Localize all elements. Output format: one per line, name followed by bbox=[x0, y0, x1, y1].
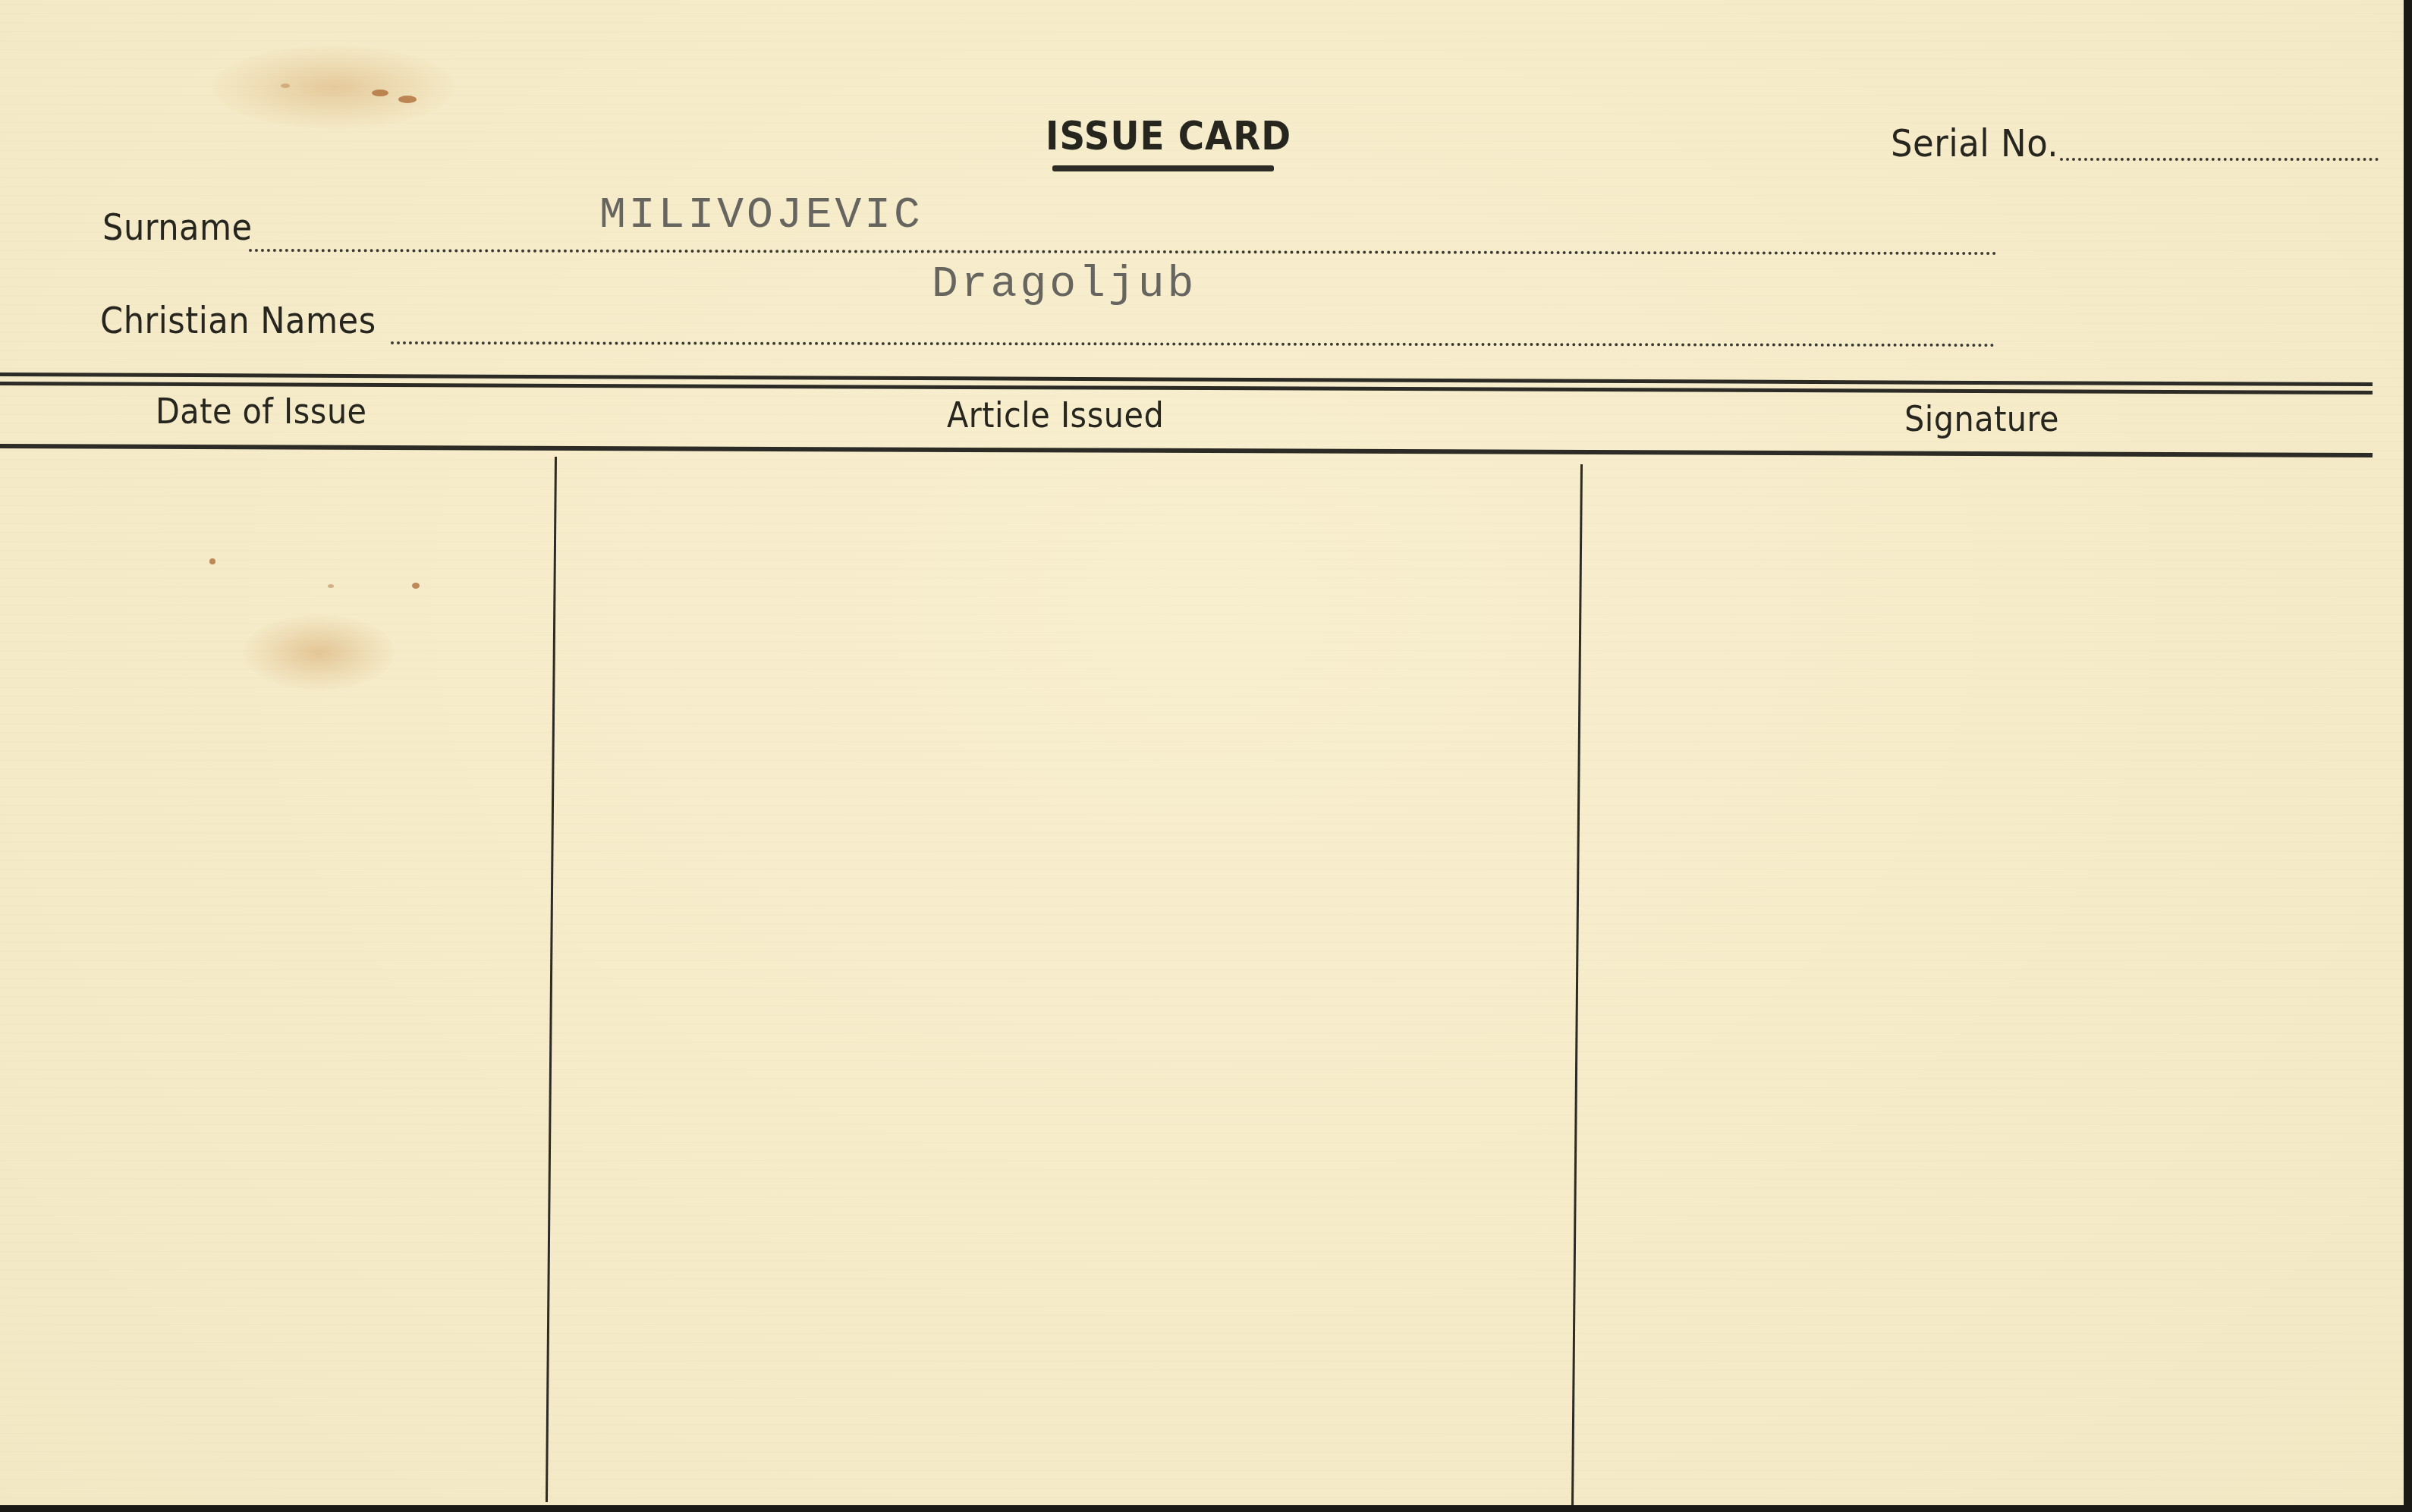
card-title: ISSUE CARD bbox=[1046, 114, 1291, 159]
surname-label: Surname bbox=[102, 206, 253, 249]
christian-names-field[interactable] bbox=[391, 341, 1995, 347]
christian-names-value: Dragoljub bbox=[932, 260, 1197, 310]
rust-spot bbox=[372, 90, 388, 96]
serial-no-field[interactable] bbox=[2060, 158, 2379, 161]
issue-card: ISSUE CARD Serial No. Surname MILIVOJEVI… bbox=[0, 0, 2404, 1505]
rust-stain-top bbox=[212, 46, 455, 129]
serial-no-label: Serial No. bbox=[1891, 121, 2058, 165]
rust-spot bbox=[281, 83, 290, 88]
column-header-article-issued: Article Issued bbox=[947, 395, 1164, 435]
column-header-rule bbox=[0, 444, 2373, 457]
surname-field[interactable] bbox=[249, 249, 1998, 255]
christian-names-label: Christian Names bbox=[100, 300, 376, 342]
card-edge-right bbox=[2404, 0, 2412, 1512]
rust-spot bbox=[398, 96, 417, 103]
surname-value: MILIVOJEVIC bbox=[599, 191, 923, 240]
column-divider-1 bbox=[546, 457, 557, 1502]
signature-column[interactable] bbox=[1582, 459, 2371, 1498]
title-underline bbox=[1052, 165, 1274, 171]
date-of-issue-column[interactable] bbox=[0, 459, 546, 1498]
article-issued-column[interactable] bbox=[558, 459, 1571, 1498]
column-header-signature: Signature bbox=[1904, 398, 2059, 439]
card-edge-bottom bbox=[0, 1505, 2412, 1512]
column-divider-2 bbox=[1571, 464, 1583, 1505]
column-header-date-of-issue: Date of Issue bbox=[156, 391, 367, 432]
